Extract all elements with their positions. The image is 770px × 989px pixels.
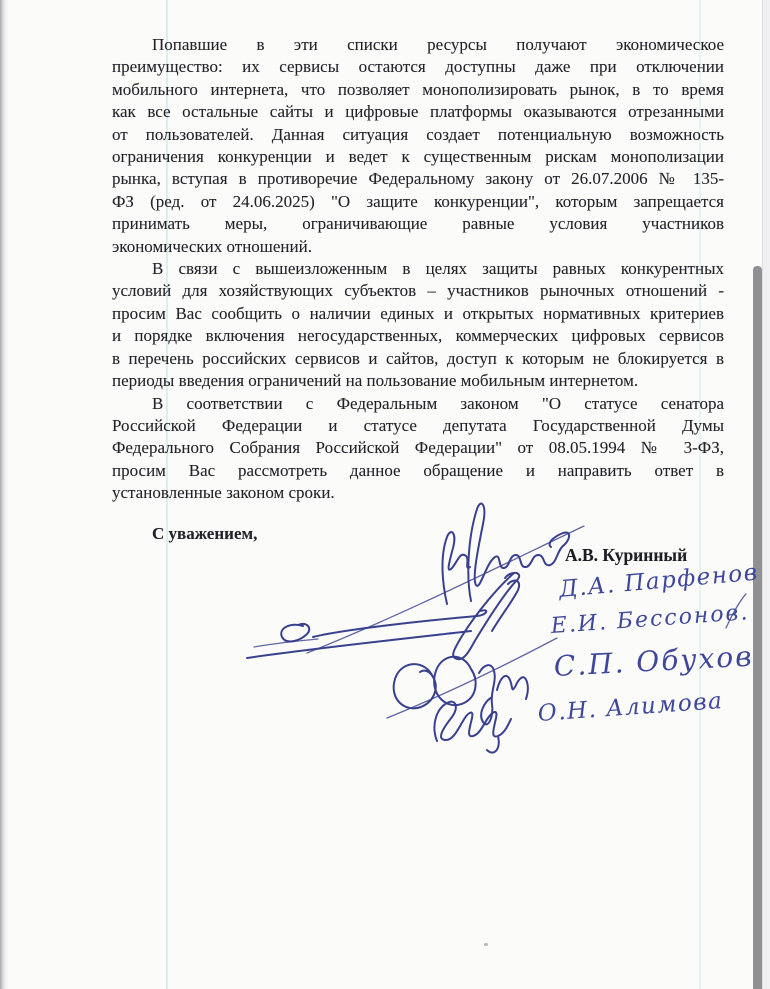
signature-obukhov	[394, 664, 436, 708]
paragraph-line: и порядке включения негосударственных, к…	[112, 325, 724, 347]
paragraph-line: мобильного интернета, что позволяет моно…	[112, 79, 724, 101]
paragraph-line: В соответствии с Федеральным законом "О …	[112, 393, 724, 415]
right-page-margin	[762, 0, 770, 989]
paragraph-line: периоды введения ограничений на пользова…	[112, 370, 724, 392]
signature-bessonov	[313, 610, 486, 637]
signatory-name-obukhov: С.П. Обухов	[553, 640, 754, 683]
paragraph-line: Попавшие в эти списки ресурсы получают э…	[112, 34, 724, 56]
signatory-name-parfenov: Д.А. Парфенов	[558, 560, 760, 603]
signatory-name-bessonov: Е.И. Бессонов.	[550, 600, 750, 639]
paragraph-line: В связи с вышеизложенным в целях защиты …	[112, 258, 724, 280]
signature-bessonov	[281, 624, 309, 642]
signatory-name-alimova: О.Н. Алимова	[537, 688, 724, 727]
paragraph-line: экономических отношений.	[112, 236, 724, 258]
signature-alimova	[487, 736, 499, 753]
signature-flourish-line	[307, 526, 584, 653]
closing-salutation: С уважением,	[152, 524, 257, 544]
paragraph-line: Федерального Собрания Российской Федерац…	[112, 437, 724, 459]
signature-obukhov	[434, 657, 475, 705]
scanned-letter-page: Попавшие в эти списки ресурсы получают э…	[0, 0, 770, 989]
signature-alimova	[434, 702, 511, 741]
signatory-name-kurinny: А.В. Куринный	[565, 545, 687, 566]
signature-obukhov	[479, 665, 495, 724]
paragraph-line: от пользователей. Данная ситуация создае…	[112, 124, 724, 146]
paragraph-line: просим Вас сообщить о наличии единых и о…	[112, 303, 724, 325]
signature-parfenov	[492, 581, 519, 631]
paragraph-line: Российской Федерации и статусе депутата …	[112, 415, 724, 437]
paragraph-line: условий для хозяйствующих субъектов – уч…	[112, 280, 724, 302]
paragraph-line: ФЗ (ред. от 24.06.2025) "О защите конкур…	[112, 191, 724, 213]
signature-bessonov	[247, 631, 471, 658]
signature-kurinny	[442, 532, 470, 604]
signature-flourish-line	[387, 638, 557, 718]
paragraph-line: принимать меры, ограничивающие равные ус…	[112, 213, 724, 235]
paragraph-line: рынка, вступая в противоречие Федерально…	[112, 168, 724, 190]
signature-bessonov	[254, 639, 318, 647]
scan-speck	[484, 943, 488, 946]
paragraph-line: в перечень российских сервисов и сайтов,…	[112, 348, 724, 370]
left-page-edge	[0, 0, 8, 989]
paragraph-line: преимущество: их сервисы остаются доступ…	[112, 56, 724, 78]
paragraph-line: установленные законом сроки.	[112, 482, 724, 504]
paragraph-line: как все остальные сайты и цифровые платф…	[112, 101, 724, 123]
page-edge-shadow	[753, 266, 762, 989]
signature-parfenov	[453, 573, 519, 659]
paragraph-line: просим Вас рассмотреть данное обращение …	[112, 460, 724, 482]
body-text: Попавшие в эти списки ресурсы получают э…	[112, 34, 724, 505]
paragraph-line: ограничения конкуренции и ведет к сущест…	[112, 146, 724, 168]
signature-kurinny	[468, 504, 569, 601]
signature-obukhov	[497, 676, 528, 699]
